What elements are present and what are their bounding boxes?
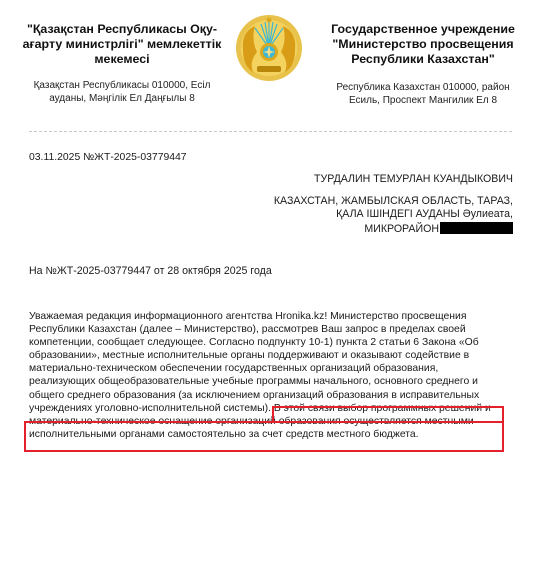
body-line: компетенции, сообщает следующее. Согласн…: [29, 336, 519, 349]
highlight-box: [24, 421, 504, 452]
address-line: ауданы, Мәңгілік Ел Даңғылы 8: [22, 92, 222, 105]
header-left-kazakh: "Қазақстан Республикасы Оқу- ағарту мини…: [22, 22, 222, 105]
org-name-line: "Министерство просвещения: [320, 37, 526, 52]
header-separator: [29, 131, 512, 132]
recipient-name: ТУРДАЛИН ТЕМУРЛАН КУАНДЫКОВИЧ: [274, 173, 513, 187]
org-name-line: мекемесі: [22, 52, 222, 67]
recipient-block: ТУРДАЛИН ТЕМУРЛАН КУАНДЫКОВИЧ КАЗАХСТАН,…: [274, 173, 513, 236]
header-right-russian: Государственное учреждение "Министерство…: [320, 22, 526, 107]
address-line: Республика Казахстан 010000, район: [320, 81, 526, 94]
address-line: Қазақстан Республикасы 010000, Есіл: [22, 79, 222, 92]
kazakhstan-state-emblem-icon: [233, 12, 305, 84]
org-name-kazakh: "Қазақстан Республикасы Оқу- ағарту мини…: [22, 22, 222, 67]
org-address-russian: Республика Казахстан 010000, район Есиль…: [320, 81, 526, 107]
address-line: Есиль, Проспект Мангилик Ел 8: [320, 94, 526, 107]
recipient-address-line: МИКРОРАЙОН: [274, 222, 513, 237]
org-name-line: "Қазақстан Республикасы Оқу-: [22, 22, 222, 37]
body-text-normal: учреждениях уголовно-исполнительной сист…: [29, 403, 274, 414]
redaction-bar: [440, 222, 513, 234]
recipient-address-line: КАЗАХСТАН, ЖАМБЫЛСКАЯ ОБЛАСТЬ, ТАРАЗ,: [274, 195, 513, 209]
document-date-number: 03.11.2025 №ЖТ-2025-03779447: [29, 152, 187, 163]
body-line: Республики Казахстан (далее – Министерст…: [29, 323, 519, 336]
body-line: Уважаемая редакция информационного агент…: [29, 310, 519, 323]
org-name-line: Государственное учреждение: [320, 22, 526, 37]
body-line: образовании», местные исполнительные орг…: [29, 349, 519, 362]
body-line: материально-техническом обеспечении госу…: [29, 362, 519, 375]
org-name-line: ағарту министрлігі" мемлекеттік: [22, 37, 222, 52]
org-name-russian: Государственное учреждение "Министерство…: [320, 22, 526, 67]
org-address-kazakh: Қазақстан Республикасы 010000, Есіл ауда…: [22, 79, 222, 105]
org-name-line: Республики Казахстан": [320, 52, 526, 67]
body-line: общего среднего образования (за исключен…: [29, 389, 519, 402]
recipient-address-text: МИКРОРАЙОН: [364, 223, 439, 235]
reply-reference: На №ЖТ-2025-03779447 от 28 октября 2025 …: [29, 265, 272, 277]
body-line: реализующих общеобразовательные учебные …: [29, 375, 519, 388]
recipient-address-line: ҚАЛА ІШІНДЕГІ АУДАНЫ Әулиеата,: [274, 208, 513, 222]
